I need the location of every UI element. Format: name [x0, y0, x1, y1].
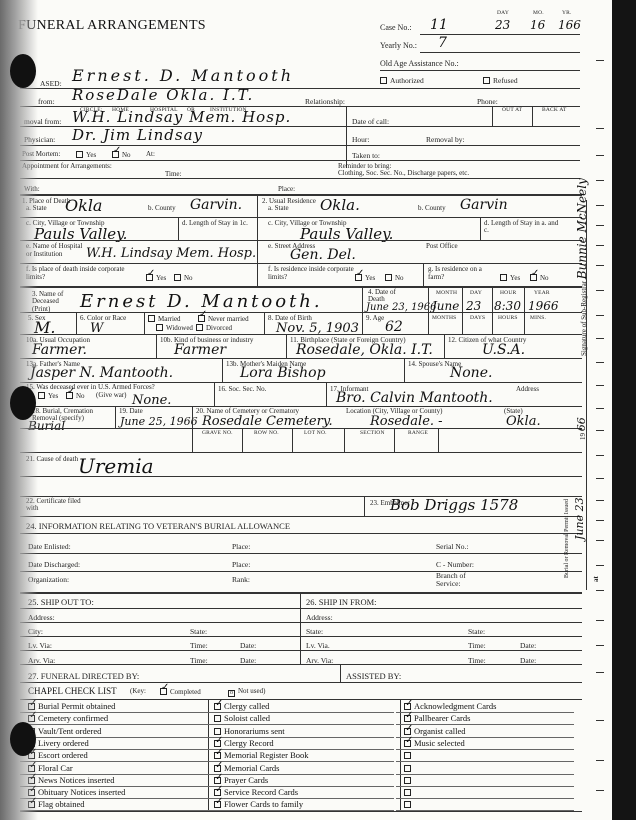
death-corporate-yes[interactable]: Yes — [146, 274, 166, 282]
case-month[interactable]: 16 — [530, 19, 545, 31]
checklist-checkbox[interactable] — [404, 715, 411, 722]
margin-tick — [596, 60, 604, 61]
res-state-label: a. State — [268, 205, 289, 212]
key-prefix: (Key: — [130, 688, 146, 695]
assisted-by-label: ASSISTED BY: — [346, 672, 401, 681]
checklist-item-label: Clergy Record — [224, 738, 274, 748]
month-header: MO. — [533, 11, 544, 17]
divider — [144, 312, 145, 334]
post-office-label: Post Office — [426, 243, 458, 250]
armed-yes[interactable]: Yes — [38, 392, 58, 400]
checklist-item-label: Acknowledgment Cards — [414, 701, 496, 711]
checklist-checkbox[interactable] — [28, 703, 35, 710]
checklist-item-label: Clergy called — [224, 701, 269, 711]
divider — [208, 699, 209, 811]
out-state-label: State: — [190, 628, 207, 636]
divider — [340, 664, 341, 682]
checklist-item-label: Soloist called — [224, 713, 270, 723]
pm-no-option[interactable]: No — [112, 151, 131, 159]
divider — [20, 608, 582, 609]
removal-value[interactable]: W.H. Lindsay Mem. Hosp. — [72, 110, 291, 125]
no-label: No — [540, 274, 549, 282]
yes-label: Yes — [156, 274, 166, 282]
divider — [20, 286, 582, 288]
cemetery-value[interactable]: Rosedale Cemetery. — [202, 415, 333, 428]
checklist-item[interactable]: Vault/Tent ordered — [28, 726, 101, 736]
date19-value[interactable]: June 25, 1966 — [120, 416, 198, 427]
res-stay-label: d. Length of Stay in a. and c. — [484, 220, 564, 234]
divorced-label: Divorced — [206, 324, 232, 332]
divider — [292, 428, 293, 452]
checklist-item[interactable] — [404, 750, 414, 760]
removal-label: moval from: — [24, 118, 61, 126]
checklist-checkbox[interactable] — [404, 777, 411, 784]
margin-tick — [596, 565, 604, 566]
refused-label: Refused — [493, 76, 518, 85]
margin-tick — [596, 540, 604, 541]
checklist-checkbox[interactable] — [404, 789, 411, 796]
margin-tick — [596, 455, 604, 456]
farm-yes[interactable]: Yes — [500, 274, 520, 282]
divider — [300, 592, 301, 664]
dod-month[interactable]: June — [432, 300, 459, 312]
margin-tick — [596, 315, 604, 316]
checklist-item[interactable]: Honorariums sent — [214, 726, 285, 736]
armed-no-checkbox[interactable] — [66, 392, 73, 399]
divorced-checkbox[interactable] — [196, 324, 203, 331]
checklist-item-label: Prayer Cards — [224, 775, 268, 785]
row-no-header: ROW NO. — [254, 431, 279, 437]
checklist-item[interactable]: Cemetery confirmed — [28, 713, 108, 723]
refused-checkbox[interactable] — [483, 77, 490, 84]
checklist-checkbox[interactable] — [404, 801, 411, 808]
checklist-item[interactable]: Soloist called — [214, 713, 270, 723]
from-value[interactable]: RoseDale Okla. I.T. — [72, 88, 254, 103]
checklist-item[interactable]: Pallbearer Cards — [404, 713, 470, 723]
checklist-checkbox[interactable] — [214, 789, 221, 796]
age-label: 9. Age — [366, 315, 384, 322]
deceased-value[interactable]: Ernest. D. Mantooth — [72, 68, 294, 84]
divider — [257, 263, 582, 264]
divider — [20, 636, 582, 637]
checklist-checkbox[interactable] — [404, 740, 411, 747]
punch-hole — [10, 386, 36, 420]
res-corporate-no[interactable]: No — [385, 274, 404, 282]
divider — [242, 428, 243, 452]
key-completed-label: Completed — [170, 688, 201, 696]
divider — [20, 682, 582, 683]
checklist-item[interactable]: Flower Cards to family — [214, 799, 303, 809]
age-col-months: MONTHS — [432, 316, 456, 322]
out-lv-date-label: Date: — [240, 642, 256, 650]
out-at-header: OUT AT — [502, 108, 522, 114]
divider — [404, 358, 405, 382]
margin-tick — [596, 672, 604, 673]
checklist-item-label: Service Record Cards — [224, 787, 298, 797]
branch-label: Branch of Service: — [436, 572, 486, 589]
checklist-item[interactable]: Music selected — [404, 738, 465, 748]
death-hospital-value[interactable]: W.H. Lindsay Mem. Hosp. — [86, 247, 256, 260]
case-no-label: Case No.: — [380, 24, 412, 32]
checklist-item[interactable] — [404, 799, 414, 809]
checklist-item-label: Cemetery confirmed — [38, 713, 108, 723]
day-header: DAY — [497, 11, 509, 17]
farm-yes-checkbox[interactable] — [500, 274, 507, 281]
dod-col-hour: HOUR — [500, 291, 516, 297]
checklist-checkbox[interactable] — [28, 789, 35, 796]
age-col-mins: MINS. — [530, 316, 546, 322]
divider — [115, 406, 116, 428]
divider — [20, 533, 582, 534]
citizen-value[interactable]: U.S.A. — [482, 343, 525, 357]
yes-label: Yes — [48, 392, 58, 400]
from-label: from: — [38, 98, 55, 106]
res-corporate-yes[interactable]: Yes — [355, 274, 375, 282]
name-label: 3. Name of Deceased (Print) — [32, 291, 72, 313]
date-enlisted-label: Date Enlisted: — [28, 543, 71, 551]
key-completed-icon — [160, 688, 167, 695]
divider — [20, 406, 582, 407]
divider — [76, 312, 77, 334]
checklist-checkbox[interactable] — [214, 703, 221, 710]
authorized-checkbox[interactable] — [380, 77, 387, 84]
divider — [20, 592, 582, 594]
divider — [257, 217, 582, 218]
informant-value[interactable]: Bro. Calvin Mantooth. — [336, 391, 493, 405]
widowed-label: Widowed — [166, 324, 193, 332]
line-from — [20, 106, 580, 107]
grave-no-header: GRAVE NO. — [202, 431, 233, 437]
married-checkbox[interactable] — [148, 315, 155, 322]
divider — [156, 334, 157, 358]
checklist-item[interactable]: Clergy called — [214, 701, 269, 711]
in-lv-time-label: Time: — [468, 642, 486, 650]
divider — [214, 382, 215, 406]
margin-tick — [596, 620, 604, 621]
scan-edge — [612, 0, 636, 820]
margin-tick — [596, 128, 604, 129]
checklist-checkbox[interactable] — [214, 765, 221, 772]
divider — [20, 452, 582, 453]
divider — [20, 312, 582, 313]
time-label: Time: — [165, 171, 181, 178]
divider — [364, 496, 365, 516]
divider — [394, 428, 395, 452]
margin-tick — [596, 645, 604, 646]
margin-tick — [596, 760, 604, 761]
checklist-checkbox[interactable] — [214, 715, 221, 722]
checklist-item[interactable]: Memorial Register Book — [214, 750, 309, 760]
industry-value[interactable]: Farmer — [174, 343, 226, 357]
in-state-label-1: State: — [306, 628, 323, 636]
in-lv-via-label: Lv. Via. — [306, 642, 330, 650]
checklist-item[interactable] — [404, 787, 414, 797]
yearly-line — [420, 52, 580, 53]
margin-tick — [596, 478, 604, 479]
reminder-text: Clothing, Soc. Sec. No., Discharge paper… — [338, 170, 469, 177]
with-label: With: — [24, 186, 40, 193]
res-corporate-yes-checkbox[interactable] — [355, 274, 362, 281]
divider — [20, 428, 582, 429]
death-state-value[interactable]: Okla — [65, 198, 102, 214]
divider — [396, 774, 574, 775]
death-corporate-yes-checkbox[interactable] — [146, 274, 153, 281]
checklist-checkbox[interactable] — [28, 765, 35, 772]
divider — [396, 786, 574, 787]
margin-tick — [596, 720, 604, 721]
birthplace-value[interactable]: Rosedale, Okla. I.T. — [296, 343, 433, 357]
pm-yes-label: Yes — [86, 151, 96, 159]
case-year[interactable]: 166 — [558, 19, 581, 31]
checklist-item[interactable]: Memorial Cards — [214, 763, 279, 773]
section-header: SECTION — [360, 431, 385, 437]
checklist-item[interactable]: Service Record Cards — [214, 787, 298, 797]
checklist-checkbox[interactable] — [404, 752, 411, 759]
date-of-call-label: Date of call: — [352, 118, 389, 126]
margin-tick — [596, 385, 604, 386]
c-number-label: C - Number: — [436, 561, 474, 569]
authorized-label: Authorized — [390, 76, 424, 85]
death-state-label: a. State — [26, 205, 47, 212]
checklist-checkbox[interactable] — [404, 728, 411, 735]
out-lv-time-label: Time: — [190, 642, 208, 650]
spouse-value[interactable]: None. — [450, 366, 492, 380]
divider — [20, 240, 257, 241]
authorized-option[interactable]: Authorized — [380, 77, 424, 85]
dod-col-day: DAY — [470, 291, 482, 297]
never-married-label: Never married — [208, 315, 249, 323]
in-state-label-2: State: — [468, 628, 485, 636]
margin-line — [586, 200, 587, 590]
no-label: No — [184, 274, 193, 282]
death-county-value[interactable]: Garvin. — [190, 198, 242, 212]
margin-tick — [596, 500, 604, 501]
pm-yes-checkbox[interactable] — [76, 151, 83, 158]
post-mortem-label: Post Mortem: — [22, 151, 60, 158]
age-value[interactable]: 62 — [385, 320, 403, 334]
case-no-value[interactable]: 11 — [430, 18, 448, 32]
divider — [462, 286, 463, 334]
res-state-value[interactable]: Okla. — [320, 198, 360, 213]
permit-value[interactable]: June 23 — [574, 497, 585, 540]
death-corporate-no-checkbox[interactable] — [174, 274, 181, 281]
location-value[interactable]: Rosedale. - — [370, 415, 443, 428]
checklist-checkbox[interactable] — [214, 801, 221, 808]
divider — [396, 761, 574, 762]
checklist-checkbox[interactable] — [28, 777, 35, 784]
divorced-option[interactable]: Divorced — [196, 324, 232, 332]
cause-label: 21. Cause of death — [26, 456, 78, 463]
margin-tick — [596, 180, 604, 181]
divider — [396, 749, 574, 750]
organization-label: Organization: — [28, 576, 69, 584]
divider — [344, 428, 345, 452]
checklist-item-label: Floral Car — [38, 763, 73, 773]
checklist-checkbox[interactable] — [404, 703, 411, 710]
checklist-checkbox[interactable] — [404, 765, 411, 772]
occupation-value[interactable]: Farmer. — [32, 343, 87, 357]
key-not-used-icon: o — [228, 690, 235, 697]
divider — [524, 286, 525, 334]
divider — [20, 650, 582, 651]
checklist-item-label: Music selected — [414, 738, 465, 748]
lot-no-header: LOT NO. — [304, 431, 327, 437]
key-completed: Completed — [160, 688, 201, 696]
war-label: (Give war) — [96, 392, 127, 399]
divider — [20, 334, 582, 335]
rank-label: Rank: — [232, 576, 250, 584]
dod-hour[interactable]: 8:30 — [494, 300, 521, 312]
date19-label: 19. Date — [119, 408, 143, 415]
armed-yes-checkbox[interactable] — [38, 392, 45, 399]
case-day[interactable]: 23 — [495, 19, 510, 31]
out-lv-via-label: Lv. Via: — [28, 642, 52, 650]
armed-label: 15. Was deceased ever in U.S. Armed Forc… — [26, 384, 155, 391]
removal-by-label: Removal by: — [426, 136, 465, 144]
married-option[interactable]: Married — [148, 315, 181, 323]
death-county-label: b. County — [148, 205, 176, 212]
farm-no-checkbox[interactable] — [530, 274, 537, 281]
hour-label: Hour: — [352, 136, 370, 144]
line-physician — [20, 145, 580, 146]
in-address-label: Address: — [306, 614, 333, 622]
certificate-label: 22. Certificate filed with — [26, 498, 86, 512]
pm-yes-option[interactable]: Yes — [76, 151, 96, 159]
margin-tick — [596, 590, 604, 591]
embalmer-value[interactable]: Bob Driggs 1578 — [390, 498, 518, 513]
checklist-checkbox[interactable] — [214, 752, 221, 759]
key-not-used-label: Not used) — [238, 687, 265, 695]
checklist-item-label: Memorial Cards — [224, 763, 279, 773]
margin-tick — [596, 225, 604, 226]
checklist-checkbox[interactable] — [214, 728, 221, 735]
punch-hole — [10, 54, 36, 88]
armed-no[interactable]: No — [66, 392, 85, 400]
margin-tick — [596, 338, 604, 339]
checklist-item-label: Flower Cards to family — [224, 799, 303, 809]
permit-date: June 23 — [573, 497, 586, 540]
mother-value[interactable]: Lora Bishop — [240, 366, 326, 380]
no-label: No — [395, 274, 404, 282]
divider — [20, 516, 582, 517]
dod-day[interactable]: 23 — [466, 300, 481, 312]
margin-tick — [596, 205, 604, 206]
divider — [257, 240, 582, 241]
never-married-checkbox[interactable] — [198, 315, 205, 322]
divider — [480, 217, 481, 240]
checklist-item[interactable]: Acknowledgment Cards — [404, 701, 496, 711]
divider — [438, 428, 439, 452]
checklist-title: CHAPEL CHECK LIST — [28, 686, 117, 696]
farm-no[interactable]: No — [530, 274, 549, 282]
refused-option[interactable]: Refused — [483, 77, 518, 85]
death-corporate-no[interactable]: No — [174, 274, 193, 282]
checklist-item[interactable]: News Notices inserted — [28, 775, 114, 785]
checklist-item-label: Honorariums sent — [224, 726, 285, 736]
res-street-value[interactable]: Gen. Del. — [290, 248, 356, 262]
enlisted-place-label: Place: — [232, 543, 250, 551]
divider — [20, 811, 582, 812]
checklist-checkbox[interactable] — [28, 715, 35, 722]
deceased-label: ASED: — [40, 80, 62, 88]
widowed-checkbox[interactable] — [156, 324, 163, 331]
disposition-value[interactable]: Burial — [28, 420, 65, 432]
ssn-label: 16. Soc. Sec. No. — [218, 386, 266, 393]
checklist-checkbox[interactable] — [28, 801, 35, 808]
checklist-checkbox[interactable] — [214, 777, 221, 784]
age-col-days: DAYS — [470, 316, 485, 322]
line-postmortem — [20, 160, 580, 161]
back-at-header: BACK AT — [542, 108, 566, 114]
divider — [20, 699, 582, 700]
divider — [492, 286, 493, 334]
physician-value[interactable]: Dr. Jim Lindsay — [72, 128, 203, 143]
dod-col-year: YEAR — [534, 291, 550, 297]
physician-label: Physician: — [24, 136, 55, 144]
cause-value[interactable]: Uremia — [78, 456, 154, 476]
age-col-hours: HOURS — [498, 316, 518, 322]
no-label: No — [76, 392, 85, 400]
pm-no-checkbox[interactable] — [112, 151, 119, 158]
checklist-item-label: Organist called — [414, 726, 466, 736]
old-age-line — [380, 70, 580, 71]
relationship-label: Relationship: — [305, 98, 345, 106]
dod-label: 4. Date of Death — [368, 289, 408, 303]
divider — [178, 217, 179, 240]
checklist-item[interactable]: Burial Permit obtained — [28, 701, 115, 711]
margin-tick — [596, 430, 604, 431]
checklist-item[interactable] — [404, 763, 414, 773]
date-discharged-label: Date Discharged: — [28, 561, 80, 569]
state-value[interactable]: Okla. — [506, 415, 541, 428]
form-title: FUNERAL ARRANGEMENTS — [18, 18, 206, 34]
margin-tick — [596, 790, 604, 791]
funeral-arrangements-form: FUNERAL ARRANGEMENTS Case No.: 11 DAY MO… — [0, 0, 612, 820]
checklist-item-label: Escort ordered — [38, 750, 88, 760]
divider — [20, 571, 582, 572]
divider — [286, 334, 287, 358]
ship-out-title: 25. SHIP OUT TO: — [28, 598, 94, 607]
checklist-item[interactable]: Obituary Notices inserted — [28, 787, 125, 797]
never-married-option[interactable]: Never married — [198, 315, 249, 323]
divider — [20, 217, 257, 218]
divider — [444, 334, 445, 358]
checklist-item[interactable] — [404, 775, 414, 785]
res-corporate-no-checkbox[interactable] — [385, 274, 392, 281]
discharged-place-label: Place: — [232, 561, 250, 569]
directed-by-label: 27. FUNERAL DIRECTED BY: — [28, 672, 139, 681]
out-city-label: City: — [28, 628, 43, 636]
checklist-item[interactable]: Flag obtained — [28, 799, 85, 809]
dod-year[interactable]: 1966 — [528, 300, 559, 312]
margin-tick — [596, 265, 604, 266]
divider — [428, 286, 429, 334]
widowed-option[interactable]: Widowed — [156, 324, 193, 332]
checklist-checkbox[interactable] — [214, 740, 221, 747]
year-header: YR. — [562, 11, 572, 17]
yearly-no-label: Yearly No.: — [380, 42, 417, 50]
res-county-value[interactable]: Garvin — [460, 198, 508, 212]
line-appointment — [20, 178, 580, 179]
divider — [20, 553, 582, 554]
margin-tick — [596, 245, 604, 246]
divider — [396, 798, 574, 799]
yes-label: Yes — [510, 274, 520, 282]
margin-tick — [596, 362, 604, 363]
father-value[interactable]: Jasper N. Mantooth. — [30, 366, 173, 380]
yearly-no-value[interactable]: 7 — [438, 36, 447, 50]
divider — [20, 476, 582, 477]
